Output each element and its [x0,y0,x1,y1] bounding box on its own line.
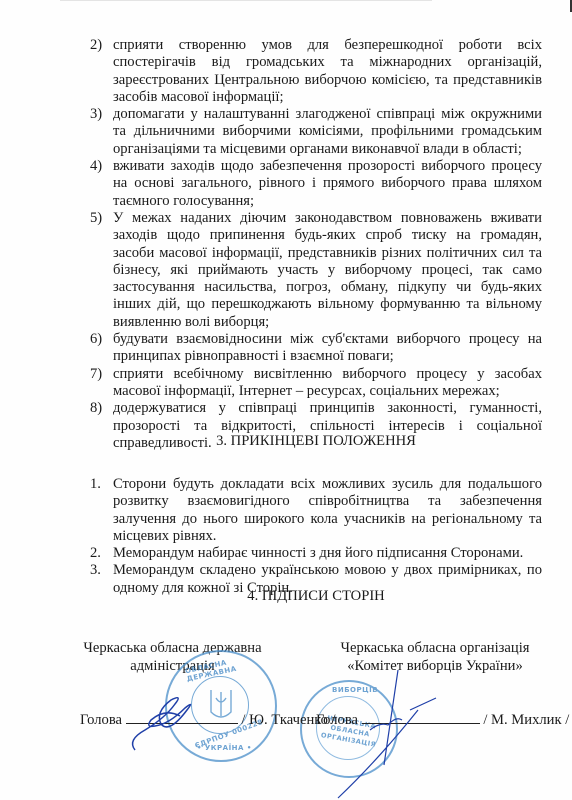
section-heading-final-provisions: 3. ПРИКІНЦЕВІ ПОЛОЖЕННЯ [30,433,572,450]
right-party-line1: Черкаська обласна організація [320,640,550,658]
list-item: 1.Сторони будуть докладати всіх можливих… [90,476,542,545]
list-item: 4)вживати заходів щодо забезпечення проз… [90,158,542,210]
list-item: 2.Меморандум набирає чинності з дня його… [90,545,542,562]
obligations-list: 2)сприяти створенню умов для безперешкод… [90,37,542,452]
document-page: 2)сприяти створенню умов для безперешкод… [0,0,572,800]
left-signature-line: Голова / Ю. Ткаченко / [80,712,336,729]
list-item: 5)У межах наданих діючим законодавством … [90,210,542,331]
list-item: 7)сприяти всебічному висвітленню виборчо… [90,366,542,401]
handwritten-signature-left [125,690,200,760]
section-heading-signatures: 4. ПІДПИСИ СТОРІН [30,588,572,605]
scan-edge-line [60,0,432,1]
right-signatory-name: / М. Михлик / [483,712,569,728]
list-item: 6)будувати взаємовідносини між суб'єктам… [90,331,542,366]
list-item: 2)сприяти створенню умов для безперешкод… [90,37,542,106]
list-item: 3)допомагати у налаштуванні злагодженої … [90,106,542,158]
final-provisions-list: 1.Сторони будуть докладати всіх можливих… [90,476,542,597]
left-role-label: Голова [80,712,122,728]
handwritten-signature-right [318,670,443,800]
